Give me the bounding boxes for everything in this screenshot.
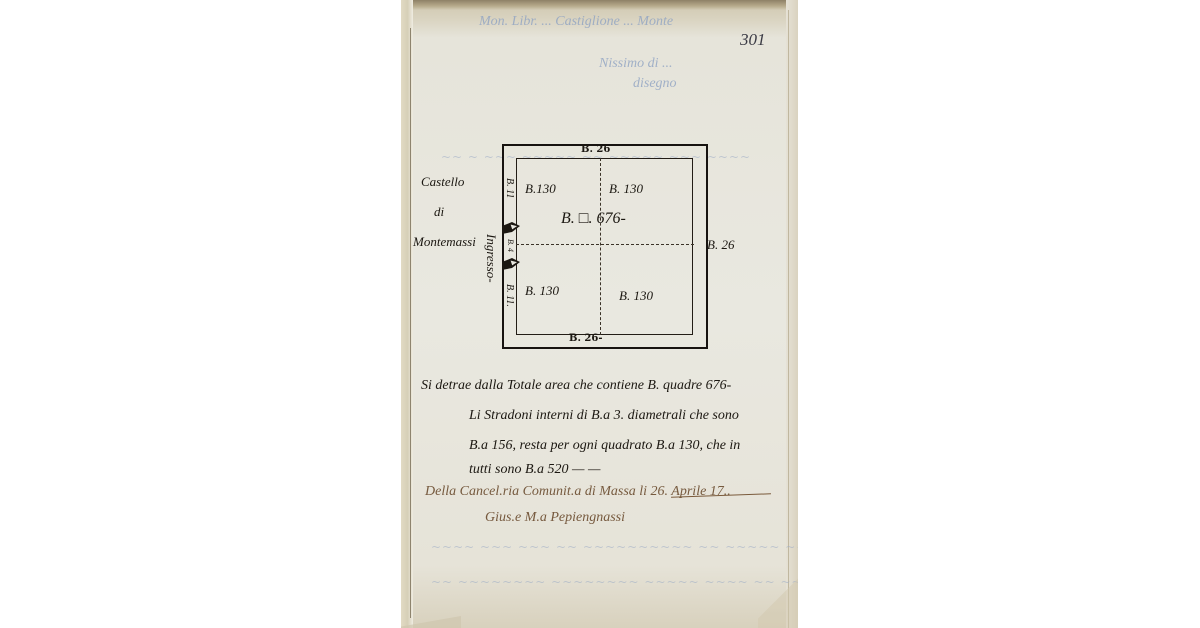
entrance-label: Ingresso- xyxy=(483,234,499,283)
top-border-label: B. 26 xyxy=(581,144,610,155)
total-area-label: B. □. 676- xyxy=(561,210,626,228)
quadrant-bottom-right: B. 130 xyxy=(619,288,653,304)
page-fold xyxy=(401,614,461,628)
text-line: Li Stradoni interni di B.a 3. diametrali… xyxy=(469,408,739,424)
page-corner-wear xyxy=(758,568,798,628)
left-upper-label: B. 11 xyxy=(504,178,515,198)
gate-arrow-icon xyxy=(502,258,520,270)
quadrant-top-right: B. 130 xyxy=(609,181,643,197)
place-label-line2: di xyxy=(434,204,444,220)
left-lower-label: B. 11. xyxy=(504,284,515,307)
plan-vertical-axis xyxy=(600,158,601,335)
page-number: 301 xyxy=(740,30,766,50)
left-gate-label: B. 4 xyxy=(506,239,515,252)
page-top-edge xyxy=(401,0,798,10)
place-label-line3: Montemassi xyxy=(413,234,476,250)
pencil-note: Mon. Libr. ... Castiglione ... Monte xyxy=(479,14,673,30)
bleed-through-text: ~~~~ ~~~ ~~~ ~~ ~~~~~~~~~~ ~~ ~~~~~ ~~~~… xyxy=(431,540,798,554)
signature-line2: Gius.e M.a Pepiengnassi xyxy=(485,510,625,526)
quadrant-top-left: B.130 xyxy=(525,181,556,197)
bleed-through-text: ~~ ~~~~~~~~ ~~~~~~~~ ~~~~~ ~~~~ ~~ ~~~~~… xyxy=(431,575,798,589)
page-binding-edge xyxy=(401,0,413,628)
plan-horizontal-axis xyxy=(516,244,694,245)
manuscript-page: ~~ ~ ~~~ ~~~~~ ~~ ~~~~~ ~~~ ~~~~ ~~~~ ~~… xyxy=(401,0,798,628)
right-border-label: B. 26 xyxy=(707,237,734,253)
place-label-line1: Castello xyxy=(421,174,464,190)
page-right-edge xyxy=(786,0,798,628)
pencil-note: Nissimo di ... xyxy=(599,56,673,72)
text-line: tutti sono B.a 520 — — xyxy=(469,462,600,478)
text-line: Si detrae dalla Totale area che contiene… xyxy=(421,378,731,394)
text-line: B.a 156, resta per ogni quadrato B.a 130… xyxy=(469,438,740,454)
pencil-note: disegno xyxy=(633,76,677,92)
quadrant-bottom-left: B. 130 xyxy=(525,283,559,299)
bottom-border-label: B. 26- xyxy=(569,333,602,344)
signature-line1: Della Cancel.ria Comunit.a di Massa li 2… xyxy=(425,484,731,500)
gate-arrow-icon xyxy=(502,222,520,234)
